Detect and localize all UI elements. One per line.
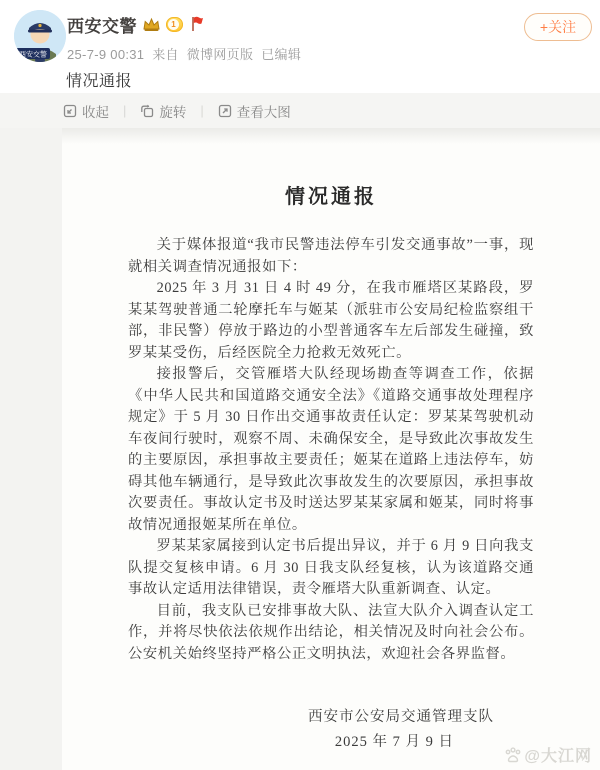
watermark-text: @大江网 bbox=[524, 743, 592, 766]
document-paragraph: 关于媒体报道“我市民警违法停车引发交通事故”一事，现就相关调查情况通报如下： bbox=[128, 235, 534, 278]
verified-badge-icon: V bbox=[64, 56, 66, 62]
post-meta: 25-7-9 00:31 来自 微博网页版 已编辑 bbox=[67, 44, 305, 63]
timestamp: 25-7-9 00:31 bbox=[67, 47, 144, 62]
document-paragraph: 接报警后，交管雁塔大队经现场勘查等调查工作，依据《中华人民共和国道路交通安全法》… bbox=[128, 364, 534, 536]
vip-level-number: 1 bbox=[168, 19, 179, 30]
red-flag-icon bbox=[191, 16, 204, 32]
document-paragraph: 罗某某家属接到认定书后提出异议，并于 6 月 9 日向我支队提交复核申请。6 月… bbox=[128, 536, 534, 601]
view-large-icon bbox=[218, 104, 232, 118]
collapse-button[interactable]: 收起 bbox=[63, 101, 109, 121]
follow-button[interactable]: +关注 bbox=[524, 13, 592, 41]
document-date: 2025 年 7 月 9 日 bbox=[128, 730, 534, 751]
toolbar-divider: | bbox=[123, 103, 126, 118]
watermark: @大江网 bbox=[504, 743, 592, 766]
svg-text:西安交警: 西安交警 bbox=[19, 50, 47, 59]
document-page: 情况通报 关于媒体报道“我市民警违法停车引发交通事故”一事，现就相关调查情况通报… bbox=[62, 180, 600, 751]
document-paragraph: 2025 年 3 月 31 日 4 时 49 分，在我市雁塔区某路段，罗某某驾驶… bbox=[128, 278, 534, 364]
source-client[interactable]: 微博网页版 bbox=[187, 47, 254, 62]
username[interactable]: 西安交警 bbox=[67, 12, 137, 37]
rotate-label: 旋转 bbox=[159, 101, 186, 121]
document-photo[interactable]: 情况通报 关于媒体报道“我市民警违法停车引发交通事故”一事，现就相关调查情况通报… bbox=[62, 128, 600, 770]
toolbar-divider: | bbox=[200, 103, 203, 118]
rotate-icon bbox=[140, 104, 154, 118]
view-large-label: 查看大图 bbox=[237, 101, 291, 121]
document-title: 情况通报 bbox=[128, 180, 534, 209]
document-signature: 西安市公安局交通管理支队 bbox=[128, 705, 534, 726]
image-left-gutter bbox=[0, 128, 62, 770]
avatar[interactable]: 西安交警 V bbox=[14, 10, 66, 62]
document-paragraph: 目前，我支队已安排事故大队、法宣大队介入调查认定工作，并将尽快依法依规作出结论，… bbox=[128, 601, 534, 666]
collapse-icon bbox=[63, 104, 77, 118]
rotate-button[interactable]: 旋转 bbox=[140, 101, 186, 121]
post-header: 西安交警 V 西安交警 1 25-7-9 00:31 来自 微博网页版 已编辑 … bbox=[0, 0, 600, 93]
post-text: 情况通报 bbox=[66, 68, 132, 91]
paw-icon bbox=[504, 746, 522, 764]
police-avatar-illustration: 西安交警 bbox=[14, 10, 66, 62]
vip-crown-icon bbox=[142, 17, 161, 32]
collapse-label: 收起 bbox=[82, 101, 109, 121]
source-prefix: 来自 bbox=[152, 47, 179, 62]
edited-label: 已编辑 bbox=[261, 47, 301, 62]
vip-level-badge: 1 bbox=[166, 17, 183, 32]
image-toolbar: 收起 | 旋转 | 查看大图 bbox=[0, 93, 600, 128]
name-row: 西安交警 1 bbox=[67, 13, 204, 35]
view-large-button[interactable]: 查看大图 bbox=[218, 101, 291, 121]
